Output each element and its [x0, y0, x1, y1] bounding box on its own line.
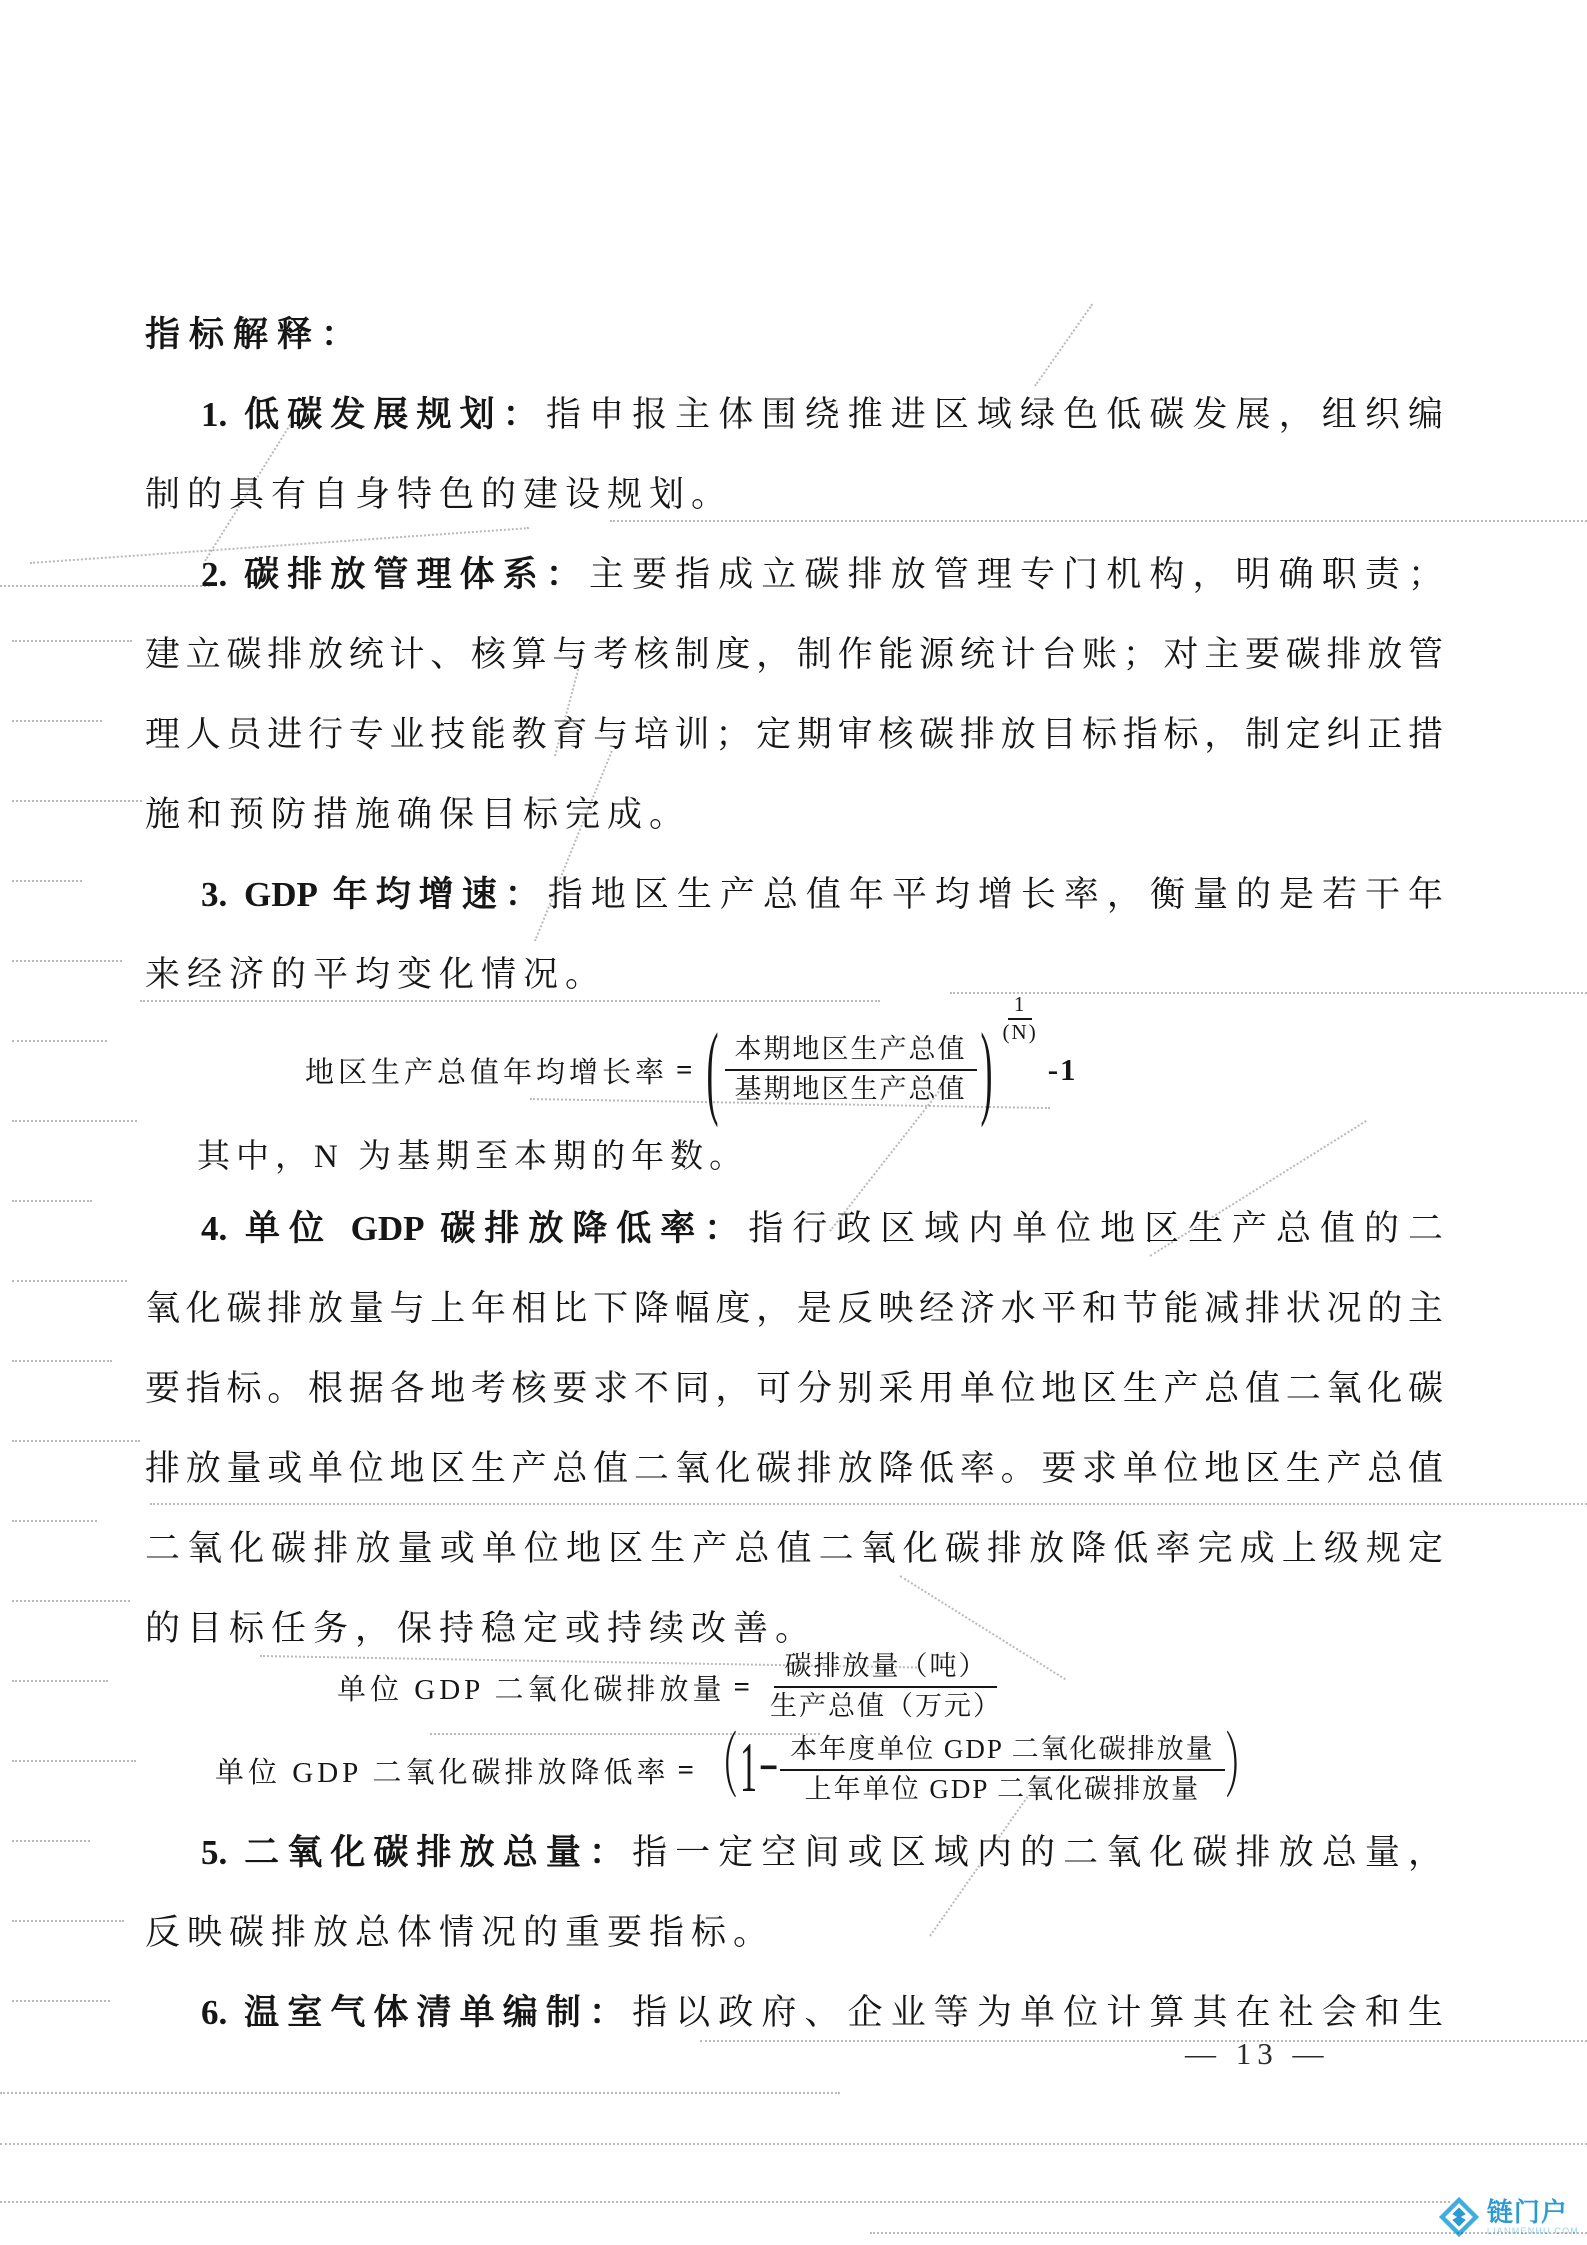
formula-tail: -1 [1048, 1052, 1078, 1088]
watermark: 链门户 LIANMENHU.COM [1437, 2195, 1579, 2239]
fraction: 本期地区生产总值基期地区生产总值 [725, 1033, 977, 1107]
section-5-first-line: 5. 二氧化碳排放总量：指一定空间或区域内的二氧化碳排放总量， [145, 1813, 1443, 1893]
section-4-line-3: 要指标。根据各地考核要求不同，可分别采用单位地区生产总值二氧化碳 [145, 1349, 1443, 1429]
equals-sign: = [677, 1754, 696, 1787]
watermark-brand: 链门户 [1487, 2199, 1579, 2225]
section-2-line-2: 建立碳排放统计、核算与考核制度，制作能源统计台账；对主要碳排放管 [145, 615, 1443, 695]
equals-sign: = [733, 1671, 752, 1704]
formula-unit-gdp-reduction-rate: 单位 GDP 二氧化碳排放降低率 = （1− 本年度单位 GDP 二氧化碳排放量… [215, 1727, 1443, 1813]
scan-artifact-line [12, 1760, 136, 1762]
fraction-numerator: 本年度单位 GDP 二氧化碳排放量 [780, 1733, 1225, 1771]
section-2-line-4: 施和预防措施确保目标完成。 [145, 775, 1443, 855]
equals-sign: = [676, 1054, 695, 1087]
scan-artifact-line [12, 1600, 130, 1602]
section-2-first-line: 2. 碳排放管理体系：主要指成立碳排放管理专门机构，明确职责； [145, 535, 1443, 615]
section-4-term: 4. 单位 GDP 碳排放降低率： [201, 1209, 748, 1248]
scan-artifact-line [12, 1920, 124, 1922]
scan-artifact-line [12, 1120, 137, 1122]
section-3-text: 指地区生产总值年平均增长率，衡量的是若干年 [548, 875, 1443, 914]
exponent-denominator: (N) [1003, 1020, 1038, 1044]
open-parenthesis: （1− [704, 1734, 780, 1805]
section-4-line-2: 氧化碳排放量与上年相比下降幅度，是反映经济水平和节能减排状况的主 [145, 1269, 1443, 1349]
section-4-line-4: 排放量或单位地区生产总值二氧化碳排放降低率。要求单位地区生产总值 [145, 1429, 1443, 1509]
section-6-text: 指以政府、企业等为单位计算其在社会和生 [632, 1993, 1443, 2032]
fraction-numerator: 本期地区生产总值 [725, 1033, 977, 1071]
section-3-first-line: 3. GDP 年均增速：指地区生产总值年平均增长率，衡量的是若干年 [145, 855, 1443, 935]
scan-artifact-line [0, 2092, 840, 2094]
fraction-denominator: 基期地区生产总值 [725, 1071, 977, 1107]
scan-artifact-line [12, 1360, 112, 1362]
section-6-term: 6. 温室气体清单编制： [201, 1993, 632, 2032]
section-4-text: 指行政区域内单位地区生产总值的二 [748, 1209, 1443, 1248]
scan-artifact-line [12, 640, 132, 642]
scan-artifact-line [12, 800, 142, 802]
fraction: 碳排放量（吨）生产总值（万元） [760, 1650, 1012, 1724]
section-2-line-3: 理人员进行专业技能教育与培训；定期审核碳排放目标指标，制定纠正措 [145, 695, 1443, 775]
scan-artifact-line [12, 1280, 127, 1282]
document-body: 指标解释： 1. 低碳发展规划：指申报主体围绕推进区域绿色低碳发展，组织编 制的… [145, 295, 1443, 2053]
section-2-term: 2. 碳排放管理体系： [201, 555, 589, 594]
section-5-line-2: 反映碳排放总体情况的重要指标。 [145, 1893, 1443, 1973]
section-1-text: 指申报主体围绕推进区域绿色低碳发展，组织编 [546, 395, 1443, 434]
fraction-denominator: 上年单位 GDP 二氧化碳排放量 [795, 1771, 1211, 1807]
formula-gdp-growth-rate: 地区生产总值年均增长率 = ( 本期地区生产总值基期地区生产总值 ) 1(N) … [305, 1015, 1443, 1125]
section-3-term: 3. GDP 年均增速： [201, 875, 548, 914]
section-3-line-2: 来经济的平均变化情况。 [145, 935, 1443, 1015]
scan-artifact-line [12, 1520, 97, 1522]
section-4-line-5: 二氧化碳排放量或单位地区生产总值二氧化碳排放降低率完成上级规定 [145, 1509, 1443, 1589]
close-parenthesis: ) [981, 1018, 995, 1122]
scan-artifact-line [12, 2000, 110, 2002]
scanned-document-page: 指标解释： 1. 低碳发展规划：指申报主体围绕推进区域绿色低碳发展，组织编 制的… [0, 0, 1587, 2245]
scan-artifact-line [12, 1040, 107, 1042]
close-parenthesis: ） [1225, 1734, 1261, 1805]
scan-artifact-line [12, 1680, 108, 1682]
formula-label: 单位 GDP 二氧化碳排放量 [337, 1667, 725, 1708]
section-1-first-line: 1. 低碳发展规划：指申报主体围绕推进区域绿色低碳发展，组织编 [145, 375, 1443, 455]
scan-artifact-line [12, 1200, 92, 1202]
page-number: — 13 — [1185, 2036, 1330, 2072]
scan-artifact-line [0, 2143, 1587, 2145]
exponent-numerator: 1 [1008, 992, 1033, 1019]
fraction-numerator: 碳排放量（吨） [774, 1650, 997, 1688]
section-1-line-2: 制的具有自身特色的建设规划。 [145, 455, 1443, 535]
scan-artifact-line [12, 960, 122, 962]
formula-label: 地区生产总值年均增长率 [305, 1050, 668, 1091]
open-parenthesis: ( [707, 1018, 721, 1122]
watermark-site: LIANMENHU.COM [1487, 2227, 1579, 2236]
scan-artifact-line [12, 1840, 90, 1842]
section-5-term: 5. 二氧化碳排放总量： [201, 1833, 632, 1872]
scan-artifact-line [12, 1440, 140, 1442]
page-title: 指标解释： [145, 295, 1443, 375]
scan-artifact-line [12, 880, 82, 882]
section-2-text: 主要指成立碳排放管理专门机构，明确职责； [589, 555, 1443, 594]
fraction-denominator: 生产总值（万元） [760, 1688, 1012, 1724]
section-4-first-line: 4. 单位 GDP 碳排放降低率：指行政区域内单位地区生产总值的二 [145, 1189, 1443, 1269]
watermark-diamond-icon [1437, 2195, 1481, 2239]
formula-note: 其中，N 为基期至本期的年数。 [145, 1125, 1443, 1189]
section-1-term: 1. 低碳发展规划： [201, 395, 546, 434]
section-5-text: 指一定空间或区域内的二氧化碳排放总量， [632, 1833, 1443, 1872]
watermark-text: 链门户 LIANMENHU.COM [1487, 2199, 1579, 2236]
formula-label: 单位 GDP 二氧化碳排放降低率 [215, 1750, 669, 1791]
exponent-fraction: 1(N) [1003, 992, 1038, 1043]
fraction: 本年度单位 GDP 二氧化碳排放量上年单位 GDP 二氧化碳排放量 [780, 1733, 1225, 1807]
scan-artifact-line [12, 720, 102, 722]
scan-artifact-line [0, 2201, 1450, 2203]
